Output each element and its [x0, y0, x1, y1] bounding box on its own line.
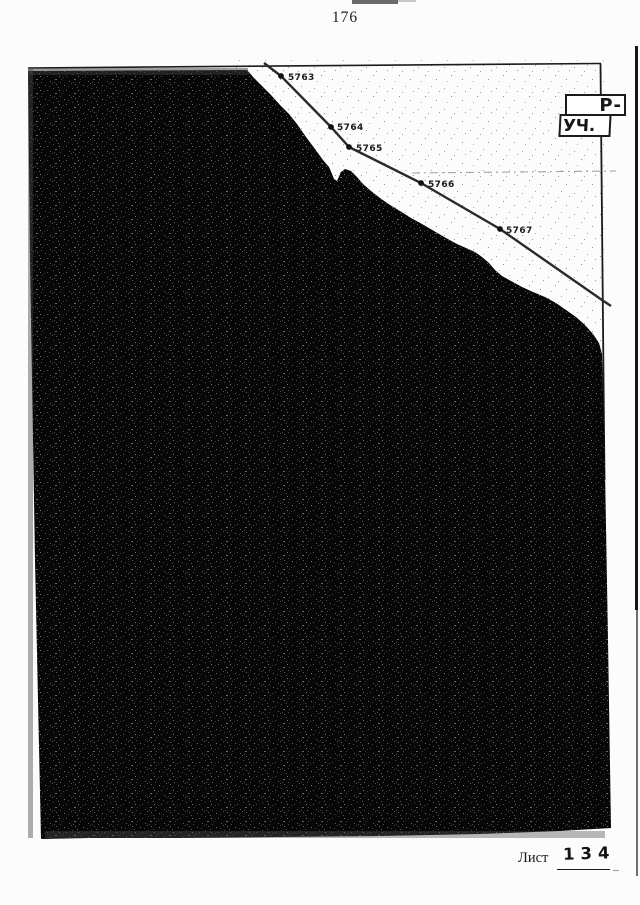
sheet-number-underline-tail: [613, 870, 619, 871]
station-dot: [278, 73, 284, 79]
scanned-map-page: 176: [0, 0, 640, 905]
station-dot: [418, 180, 424, 186]
station-label: 5763: [288, 73, 315, 83]
stamp-box-uch: УЧ.: [558, 114, 611, 137]
map-sheet: 5763 5764 5765 5766 5767: [0, 0, 640, 905]
land-top-fringe: [28, 68, 248, 75]
land-left-fringe: [28, 68, 33, 838]
sheet-footer: Лист 134: [510, 840, 630, 880]
station-dot: [497, 226, 503, 232]
station-dot: [328, 124, 334, 130]
sheet-number: 134: [563, 843, 616, 864]
scan-edge-artifact-faint: [636, 610, 638, 876]
station-label: 5766: [428, 180, 455, 190]
stamp-box-r: Р-: [565, 94, 626, 116]
scan-edge-artifact: [635, 46, 638, 610]
sheet-word: Лист: [518, 850, 548, 867]
station-label: 5765: [356, 144, 383, 154]
sheet-number-underline: [557, 869, 610, 870]
station-label: 5767: [506, 226, 533, 236]
stamp-uch-label: УЧ.: [563, 116, 596, 135]
stamp-r-label: Р-: [599, 95, 622, 116]
land-bottom-fringe: [45, 831, 605, 838]
station-label: 5764: [337, 123, 364, 133]
station-dot: [346, 144, 352, 150]
